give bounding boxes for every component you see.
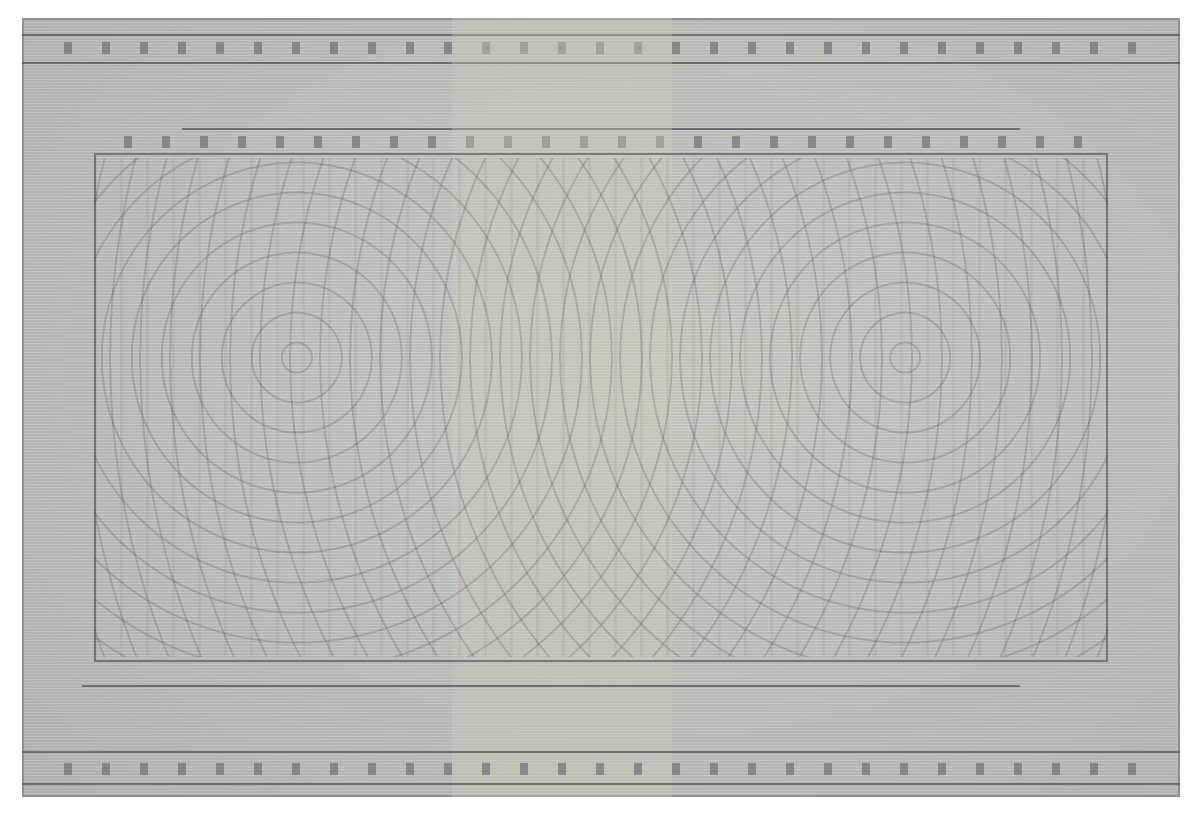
floral-field-pattern	[94, 158, 1108, 657]
border-dots-bottom	[42, 763, 1160, 775]
rug	[22, 18, 1180, 797]
border-line-field-bottom	[82, 685, 1020, 687]
border-line-bottom-inner	[22, 751, 1180, 753]
border-line-bottom	[22, 783, 1180, 785]
